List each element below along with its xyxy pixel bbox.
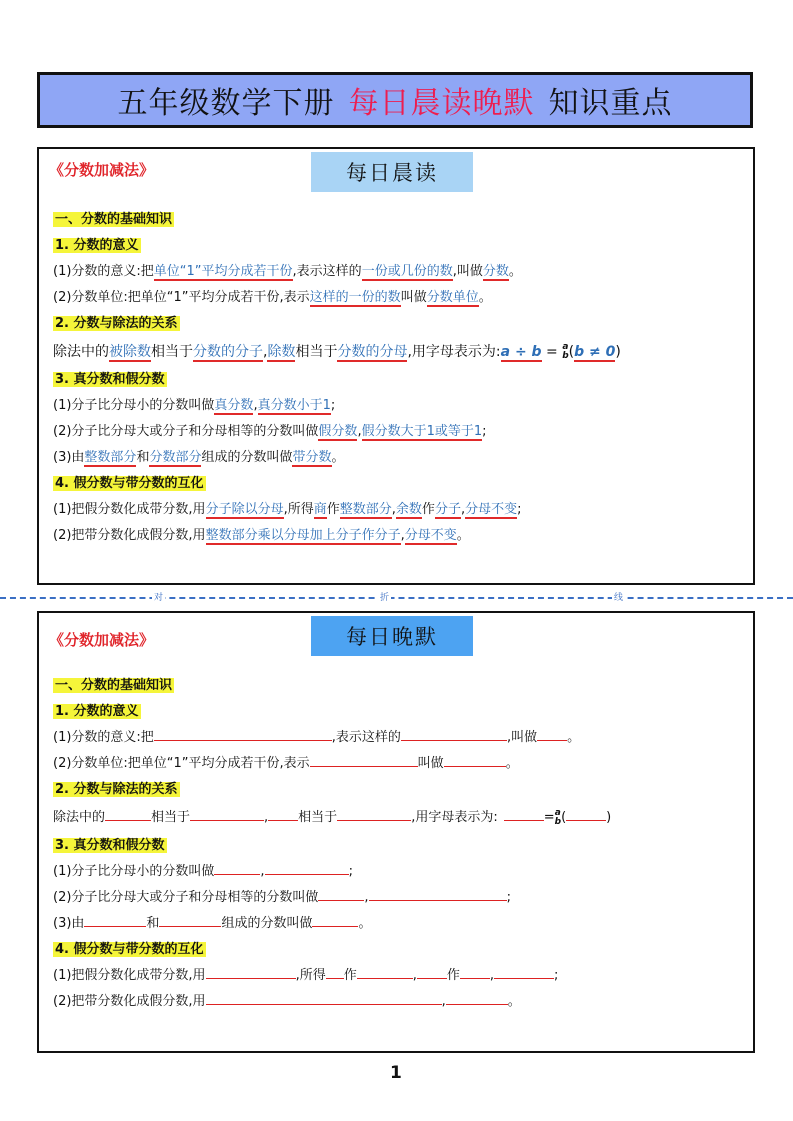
evening-content: 一、分数的基础知识 1. 分数的意义 (1)分数的意义:把,表示这样的,叫做。 …	[53, 673, 743, 1015]
fold-label: 折	[378, 590, 391, 603]
answer: 分数单位	[427, 290, 479, 307]
answer: 单位“1”平均分成若干份	[154, 264, 293, 281]
answer: 分子	[435, 502, 461, 519]
fill-blank[interactable]	[566, 806, 606, 821]
fill-blank[interactable]	[84, 912, 146, 927]
text-line: (1)分子比分母小的分数叫做真分数,真分数小于1;	[53, 393, 743, 419]
text-line: (3)由和组成的分数叫做。	[53, 911, 743, 937]
subsection-heading: 3. 真分数和假分数	[53, 838, 167, 853]
answer: 真分数	[214, 398, 253, 415]
fill-blank[interactable]	[369, 886, 507, 901]
answer: 分数	[483, 264, 509, 281]
page-number: 1	[390, 1063, 402, 1083]
text-line: (3)由整数部分和分数部分组成的分数叫做带分数。	[53, 445, 743, 471]
morning-reading-panel: 《分数加减法》 每日晨读 一、分数的基础知识 1. 分数的意义 (1)分数的意义…	[37, 147, 755, 585]
answer: 假分数大于1或等于1	[362, 424, 483, 441]
answer: 假分数	[318, 424, 357, 441]
subsection-heading: 2. 分数与除法的关系	[53, 316, 180, 331]
text-line: (1)分子比分母小的分数叫做,;	[53, 859, 743, 885]
fill-blank[interactable]	[318, 886, 364, 901]
answer: 被除数	[109, 344, 151, 362]
fold-label: 线	[612, 590, 625, 603]
fill-blank[interactable]	[159, 912, 221, 927]
subsection-heading: 3. 真分数和假分数	[53, 372, 167, 387]
fill-blank[interactable]	[265, 860, 349, 875]
fill-blank[interactable]	[206, 964, 296, 979]
title-left: 五年级数学下册	[118, 78, 335, 122]
fill-blank[interactable]	[154, 726, 332, 741]
text-line: 除法中的被除数相当于分数的分子,除数相当于分数的分母,用字母表示为:a ÷ b …	[53, 337, 743, 367]
title-right: 知识重点	[549, 78, 673, 122]
answer: 整数部分	[84, 450, 136, 467]
fill-blank[interactable]	[537, 726, 567, 741]
evening-recitation-panel: 《分数加减法》 每日晚默 一、分数的基础知识 1. 分数的意义 (1)分数的意义…	[37, 611, 755, 1053]
fill-blank[interactable]	[417, 964, 447, 979]
page-title: 五年级数学下册 每日晨读晚默 知识重点	[37, 72, 753, 128]
fill-blank[interactable]	[312, 912, 358, 927]
fill-blank[interactable]	[446, 990, 508, 1005]
answer: 一份或几份的数	[362, 264, 453, 281]
chapter-tag: 《分数加减法》	[49, 629, 154, 650]
answer: 真分数小于1	[258, 398, 331, 415]
answer: 分子除以分母	[206, 502, 284, 519]
fill-blank[interactable]	[206, 990, 442, 1005]
text-line: (2)分子比分母大或分子和分母相等的分数叫做假分数,假分数大于1或等于1;	[53, 419, 743, 445]
evening-recitation-badge: 每日晚默	[311, 616, 473, 656]
formula: a ÷ b	[501, 344, 542, 362]
answer: 分数部分	[149, 450, 201, 467]
fill-blank[interactable]	[105, 806, 151, 821]
morning-content: 一、分数的基础知识 1. 分数的意义 (1)分数的意义:把单位“1”平均分成若干…	[53, 207, 743, 549]
text-line: (2)分数单位:把单位“1”平均分成若干份,表示这样的一份的数叫做分数单位。	[53, 285, 743, 311]
fold-line	[0, 597, 793, 599]
answer: 分数的分母	[337, 344, 407, 362]
answer: 这样的一份的数	[310, 290, 401, 307]
text-line: (1)把假分数化成带分数,用,所得作,作,;	[53, 963, 743, 989]
chapter-tag: 《分数加减法》	[49, 159, 154, 180]
fill-blank[interactable]	[357, 964, 413, 979]
fill-blank[interactable]	[401, 726, 507, 741]
text-line: (1)分数的意义:把单位“1”平均分成若干份,表示这样的一份或几份的数,叫做分数…	[53, 259, 743, 285]
section-heading: 一、分数的基础知识	[53, 678, 174, 693]
text-line: (2)把带分数化成假分数,用,。	[53, 989, 743, 1015]
text-line: (2)分子比分母大或分子和分母相等的分数叫做,;	[53, 885, 743, 911]
subsection-heading: 1. 分数的意义	[53, 238, 141, 253]
answer: 余数	[396, 502, 422, 519]
fill-blank[interactable]	[460, 964, 490, 979]
answer: 除数	[267, 344, 295, 362]
fill-blank[interactable]	[494, 964, 554, 979]
text-line: (1)分数的意义:把,表示这样的,叫做。	[53, 725, 743, 751]
subsection-heading: 4. 假分数与带分数的互化	[53, 942, 206, 957]
fill-blank[interactable]	[214, 860, 260, 875]
title-highlight: 每日晨读晚默	[349, 78, 535, 122]
answer: 整数部分乘以分母加上分子作分子	[206, 528, 401, 545]
text-line: (1)把假分数化成带分数,用分子除以分母,所得商作整数部分,余数作分子,分母不变…	[53, 497, 743, 523]
fill-blank[interactable]	[504, 806, 544, 821]
fill-blank[interactable]	[444, 752, 506, 767]
answer: 商	[314, 502, 327, 519]
morning-reading-badge: 每日晨读	[311, 152, 473, 192]
fill-blank[interactable]	[337, 806, 411, 821]
subsection-heading: 2. 分数与除法的关系	[53, 782, 180, 797]
fold-label: 对	[152, 590, 165, 603]
fill-blank[interactable]	[310, 752, 418, 767]
text-line: (2)分数单位:把单位“1”平均分成若干份,表示叫做。	[53, 751, 743, 777]
answer: 分数的分子	[193, 344, 263, 362]
fill-blank[interactable]	[268, 806, 298, 821]
answer: 整数部分	[340, 502, 392, 519]
section-heading: 一、分数的基础知识	[53, 212, 174, 227]
text-line: (2)把带分数化成假分数,用整数部分乘以分母加上分子作分子,分母不变。	[53, 523, 743, 549]
answer: 分母不变	[405, 528, 457, 545]
fill-blank[interactable]	[190, 806, 264, 821]
fill-blank[interactable]	[326, 964, 344, 979]
text-line: 除法中的相当于,相当于,用字母表示为:=ab()	[53, 803, 743, 833]
subsection-heading: 4. 假分数与带分数的互化	[53, 476, 206, 491]
answer: 分母不变	[465, 502, 517, 519]
answer: 带分数	[292, 450, 331, 467]
subsection-heading: 1. 分数的意义	[53, 704, 141, 719]
condition: b ≠ 0	[574, 344, 615, 362]
